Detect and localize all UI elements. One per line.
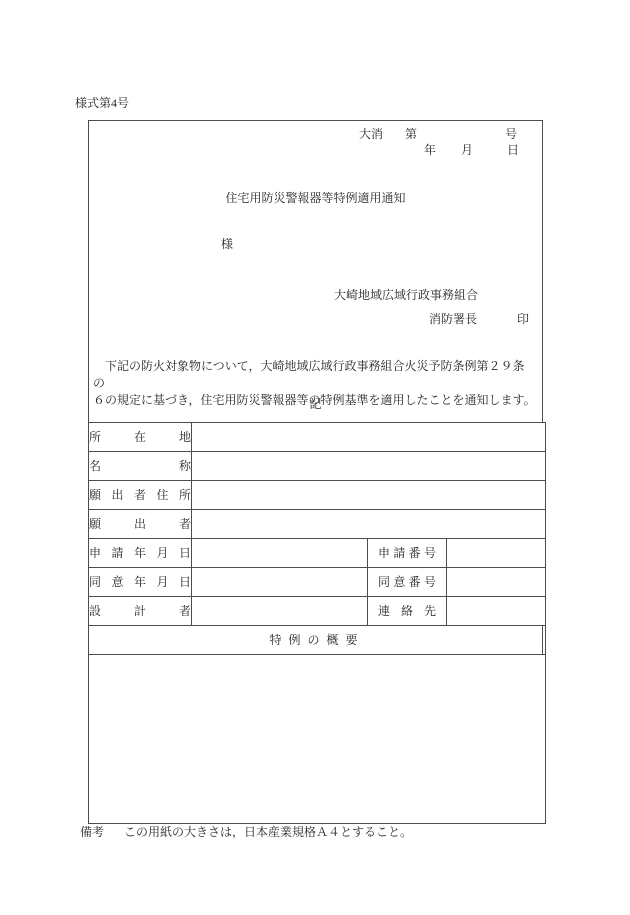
- designer-value-cell: [192, 597, 368, 626]
- summary-header-label: 特例の概要: [89, 626, 546, 655]
- issuer-title: 消防署長: [429, 312, 477, 326]
- remark-text: この用紙の大きさは，日本産業規格Ａ４とすること。: [124, 825, 412, 839]
- name-value-cell: [192, 452, 546, 481]
- table-row-name: 名称: [89, 452, 546, 481]
- issuer-title-line: 消防署長 印: [429, 311, 529, 328]
- applicant-address-value-cell: [192, 481, 546, 510]
- consent-number-value-cell: [447, 568, 546, 597]
- table-row-location: 所在地: [89, 423, 546, 452]
- document-number-line: 大消 第 号: [359, 126, 517, 143]
- applicant-address-label: 願出者住所: [89, 481, 192, 510]
- consent-date-value-cell: [192, 568, 368, 597]
- application-date-value-cell: [192, 539, 368, 568]
- name-label: 名称: [89, 452, 192, 481]
- application-number-value-cell: [447, 539, 546, 568]
- date-year-label: 年: [424, 143, 436, 157]
- table-row-applicant-address: 願出者住所: [89, 481, 546, 510]
- contact-value-cell: [447, 597, 546, 626]
- doc-number-prefix: 第: [405, 127, 417, 141]
- table-row-summary-body: [89, 655, 546, 824]
- location-value-cell: [192, 423, 546, 452]
- footer-remark: 備考 この用紙の大きさは，日本産業規格Ａ４とすること。: [80, 824, 412, 841]
- consent-number-label: 同意番号: [368, 568, 447, 597]
- date-day-label: 日: [507, 143, 519, 157]
- remark-label: 備考: [80, 825, 104, 839]
- date-month-label: 月: [461, 143, 473, 157]
- form-table: 所在地 名称 願出者住所 願出者 申請年月日: [88, 422, 546, 824]
- application-number-label: 申請番号: [368, 539, 447, 568]
- consent-date-label: 同意年月日: [89, 568, 192, 597]
- addressee-honorific: 様: [221, 236, 233, 253]
- form-number-label: 様式第4号: [75, 95, 129, 112]
- document-page: 様式第4号 大消 第 号 年 月 日 住宅用防災警報器等特例適用通知 様 大崎地…: [0, 0, 630, 915]
- table-row-applicant: 願出者: [89, 510, 546, 539]
- location-label: 所在地: [89, 423, 192, 452]
- designer-label: 設計者: [89, 597, 192, 626]
- applicant-value-cell: [192, 510, 546, 539]
- doc-number-org-abbr: 大消: [359, 127, 383, 141]
- issuer-organization: 大崎地域広域行政事務組合: [334, 287, 478, 304]
- notice-form-sheet: 大消 第 号 年 月 日 住宅用防災警報器等特例適用通知 様 大崎地域広域行政事…: [88, 120, 543, 822]
- applicant-label: 願出者: [89, 510, 192, 539]
- table-row-application-date: 申請年月日 申請番号: [89, 539, 546, 568]
- body-line-1: 下記の防火対象物について，大崎地域広域行政事務組合火災予防条例第２９条の: [93, 358, 536, 392]
- table-row-consent-date: 同意年月日 同意番号: [89, 568, 546, 597]
- table-row-designer: 設計者 連絡先: [89, 597, 546, 626]
- contact-label: 連絡先: [368, 597, 447, 626]
- date-line: 年 月 日: [424, 142, 519, 159]
- seal-placeholder: 印: [517, 312, 529, 326]
- summary-value-cell: [89, 655, 546, 824]
- document-title: 住宅用防災警報器等特例適用通知: [89, 190, 542, 207]
- application-date-label: 申請年月日: [89, 539, 192, 568]
- table-row-summary-header: 特例の概要: [89, 626, 546, 655]
- doc-number-suffix: 号: [505, 127, 517, 141]
- record-marker: 記: [89, 396, 542, 413]
